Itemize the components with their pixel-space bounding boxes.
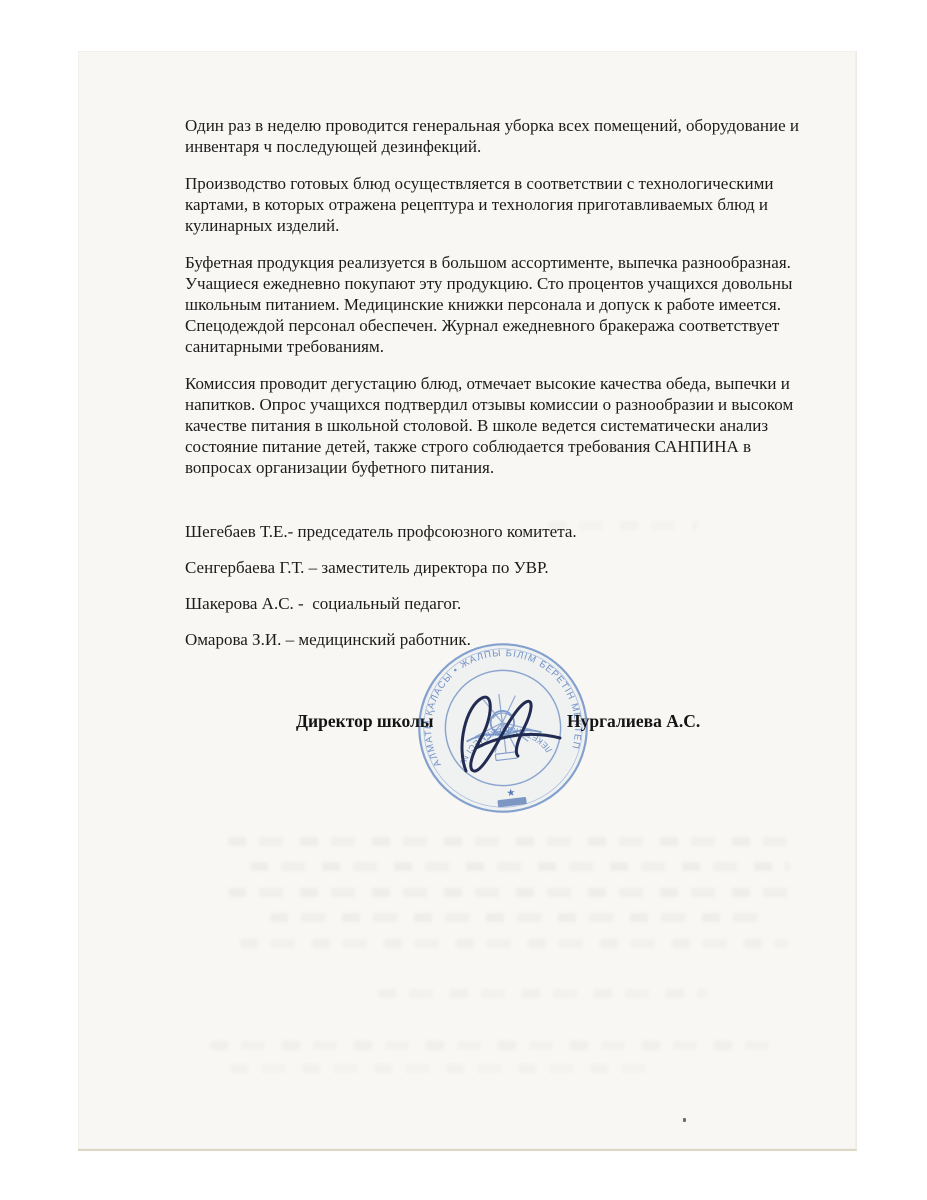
bleed-through-artifact xyxy=(240,939,788,948)
paragraph-weekly-cleaning: Один раз в неделю проводится генеральная… xyxy=(185,115,813,157)
bleed-through-artifact xyxy=(378,989,708,998)
scanned-document-page: Один раз в неделю проводится генеральная… xyxy=(0,0,927,1200)
commission-member: Сенгербаева Г.Т. – заместитель директора… xyxy=(185,550,805,586)
scan-paper-sheet: Один раз в неделю проводится генеральная… xyxy=(78,51,857,1151)
director-name: Нургалиева А.С. xyxy=(567,711,700,732)
paragraph-commission-findings: Комиссия проводит дегустацию блюд, отмеч… xyxy=(185,373,813,478)
paragraph-buffet-products: Буфетная продукция реализуется в большом… xyxy=(185,252,813,357)
scan-speck-artifact xyxy=(683,1118,686,1122)
bleed-through-artifact xyxy=(230,1064,660,1073)
commission-member: Шакерова А.С. - социальный педагог. xyxy=(185,586,805,622)
commission-members-list: Шегебаев Т.Е.- председатель профсоюзного… xyxy=(185,514,805,658)
paragraph-tech-cards: Производство готовых блюд осуществляется… xyxy=(185,173,813,236)
bleed-through-artifact xyxy=(228,888,800,897)
commission-member: Шегебаев Т.Е.- председатель профсоюзного… xyxy=(185,514,805,550)
bleed-through-artifact xyxy=(498,443,698,452)
bleed-through-artifact xyxy=(210,1041,785,1050)
director-title: Директор школы xyxy=(296,711,434,732)
bleed-through-artifact xyxy=(270,913,770,922)
bleed-through-artifact xyxy=(548,521,698,530)
bleed-through-artifact xyxy=(228,837,788,846)
bleed-through-artifact xyxy=(250,862,790,871)
signature-line: Директор школы Нургалиева А.С. xyxy=(78,711,856,741)
report-body: Один раз в неделю проводится генеральная… xyxy=(185,115,813,494)
